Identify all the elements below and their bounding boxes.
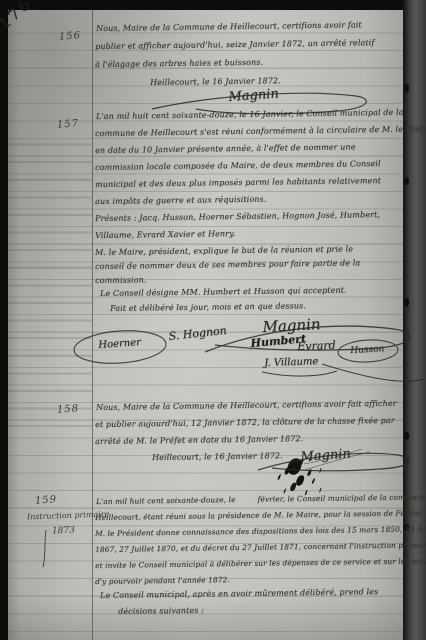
text-line: commission. (95, 275, 147, 285)
text-line: Heillecourt, le 16 Janvier 1872. (150, 76, 281, 87)
entry-number-158: 158 (57, 403, 80, 416)
text-line: d'y pourvoir pendant l'année 1872. (95, 575, 230, 586)
council-signature: Evrard (297, 339, 336, 353)
paper-smudge (8, 128, 92, 428)
binding-stitch (404, 432, 409, 440)
binding-stitch (404, 84, 409, 93)
entry-number-156: 156 (59, 30, 82, 43)
council-signature: J. Villaume (264, 356, 318, 369)
text-line: décisions suivantes : (118, 606, 204, 616)
entry-number-157: 157 (57, 118, 80, 131)
entry-number-159: 159 (35, 494, 58, 507)
binding-stitch (404, 178, 409, 185)
margin-rule (92, 10, 93, 640)
council-signature: Husson (350, 344, 385, 356)
scanned-register-page: 176 156 Nous, Maire de la Commune de Hei… (0, 0, 426, 640)
margin-note-year: 1873 (52, 526, 75, 537)
text-line: Heillecourt, le 16 Janvier 1872. (152, 451, 283, 462)
binding-stitch (404, 298, 409, 307)
